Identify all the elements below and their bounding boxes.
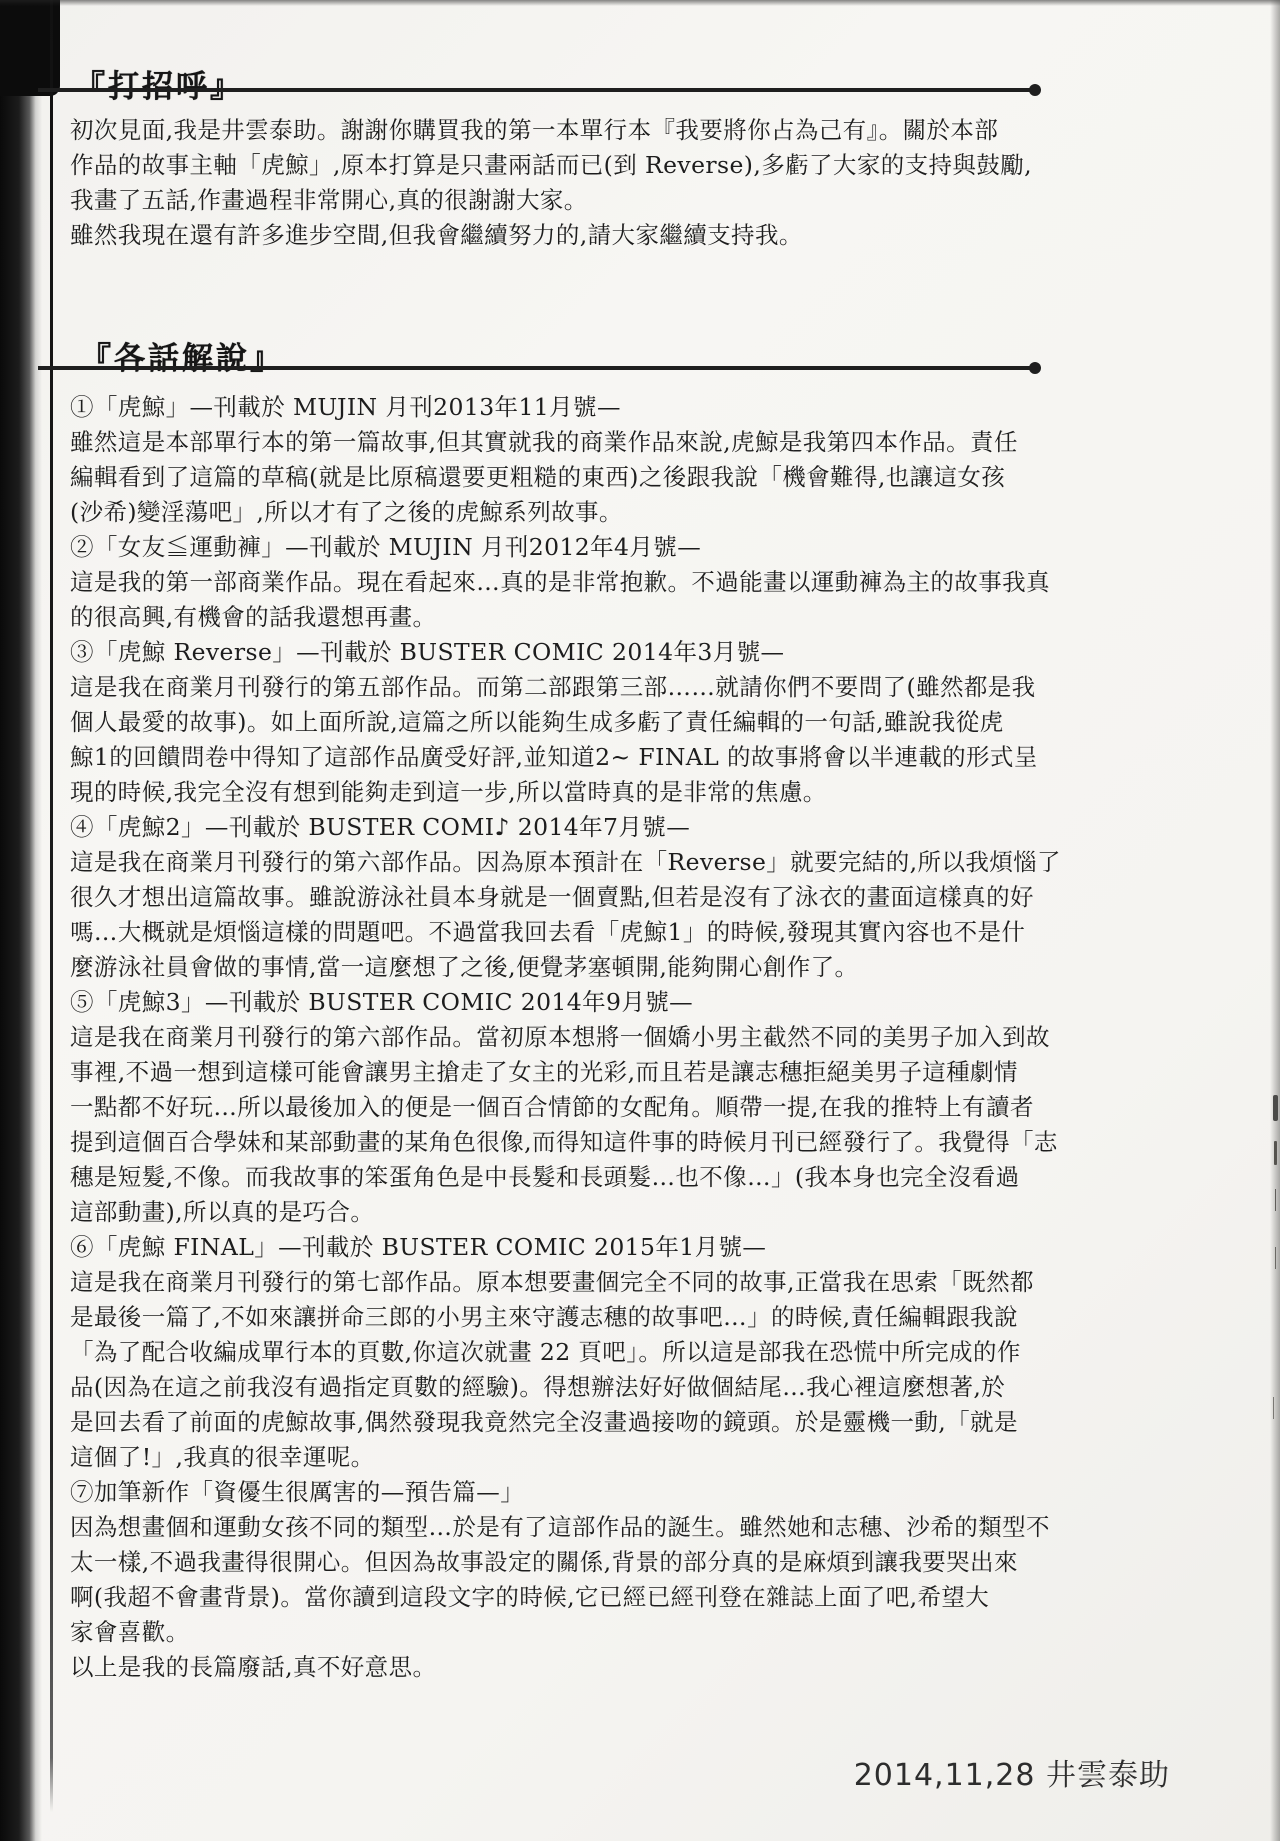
scan-gutter-shadow: [0, 0, 42, 1841]
commentary-section-title: 『各話解說』: [80, 333, 284, 378]
scan-speck-marks: [1273, 1095, 1278, 1121]
scan-top-edge: [0, 0, 1280, 6]
scan-right-edge: [1270, 0, 1280, 1841]
commentary-divider-dot: [1029, 362, 1041, 374]
greeting-divider-dot: [1029, 84, 1041, 96]
greeting-divider-line: [38, 88, 1038, 92]
commentary-divider-line: [38, 366, 1038, 370]
greeting-paragraph: 初次見面,我是井雲泰助。謝謝你購買我的第一本單行本『我要將你占為己有』。關於本部…: [70, 113, 1090, 253]
date-signature: 2014,11,28 井雲泰助: [854, 1750, 1170, 1794]
scanned-afterword-page: 『打招呼』 初次見面,我是井雲泰助。謝謝你購買我的第一本單行本『我要將你占為己有…: [0, 0, 1280, 1841]
greeting-section-title: 『打招呼』: [74, 61, 244, 106]
page-left-border-line: [50, 0, 53, 1812]
commentary-paragraph: ①「虎鯨」—刊載於 MUJIN 月刊2013年11月號— 雖然這是本部單行本的第…: [70, 390, 1090, 1685]
